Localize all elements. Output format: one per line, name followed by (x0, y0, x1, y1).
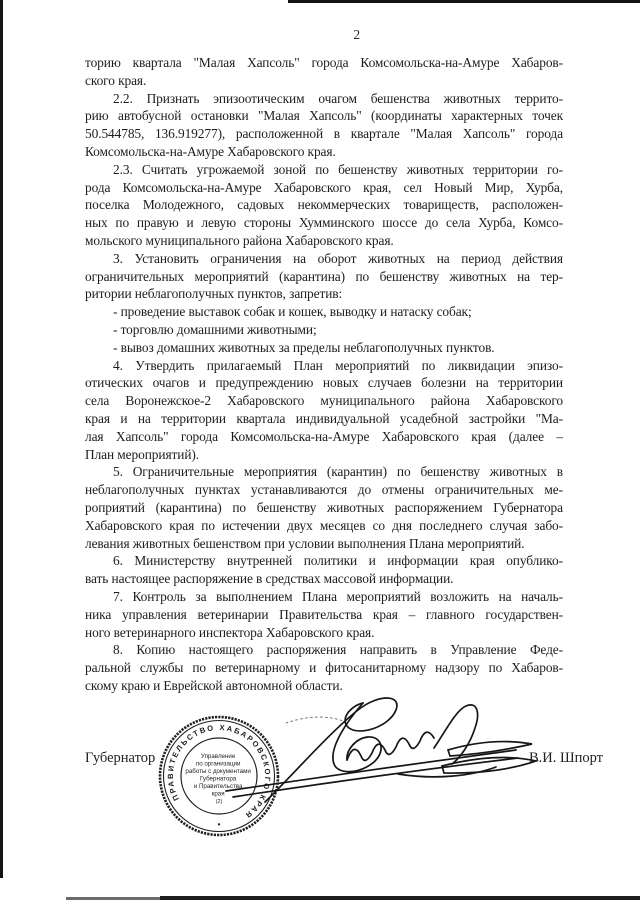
text-line: 7. Контроль за выполнением Плана меропри… (85, 588, 563, 606)
text-line: неблагополучных пунктах устанавливаются … (85, 481, 563, 499)
text-line: лая Хапсоль" города Комсомольска-на-Амур… (85, 428, 563, 446)
signature-scrawl-icon (230, 690, 570, 810)
text-line: села Воронежское-2 Хабаровского муниципа… (85, 392, 563, 410)
text-line: левания животных бешенством при условии … (85, 535, 563, 553)
scan-edge-top (288, 0, 640, 3)
text-line: ского края. (85, 72, 563, 90)
stamp-ring-dot: • (218, 820, 221, 829)
text-line: 6. Министерству внутренней политики и ин… (85, 552, 563, 570)
text-line: торию квартала "Малая Хапсоль" города Ко… (85, 54, 563, 72)
scan-edge-bottom (66, 897, 162, 900)
signatory-title: Губернатор (85, 750, 155, 767)
text-line: ограничительных мероприятий (карантина) … (85, 268, 563, 286)
text-line: 3. Установить ограничения на оборот живо… (85, 250, 563, 268)
text-line: мольского муниципального района Хабаровс… (85, 232, 563, 250)
text-line: Хабаровского края по истечении двух меся… (85, 517, 563, 535)
text-line: ного ветеринарного инспектора Хабаровско… (85, 624, 563, 642)
text-line: роприятий (карантина) по бешенству живот… (85, 499, 563, 517)
text-line: ника управления ветеринарии Правительств… (85, 606, 563, 624)
text-line: 2.3. Считать угрожаемой зоной по бешенст… (85, 161, 563, 179)
text-line: Комсомольска-на-Амуре Хабаровского края. (85, 143, 563, 161)
text-line: - торговлю домашними животными; (85, 321, 563, 339)
page-number: 2 (0, 27, 640, 43)
text-line: ных по правую и левую стороны Хумминског… (85, 214, 563, 232)
scan-edge-bottom (160, 896, 640, 900)
document-body: торию квартала "Малая Хапсоль" города Ко… (85, 54, 563, 695)
text-line: 4. Утвердить прилагаемый План мероприяти… (85, 357, 563, 375)
text-line: рию автобусной остановки "Малая Хапсоль"… (85, 107, 563, 125)
text-line: 8. Копию настоящего распоряжения направи… (85, 641, 563, 659)
text-line: вать настоящее распоряжение в средствах … (85, 570, 563, 588)
scan-edge-left (0, 0, 3, 878)
text-line: края и на территории квартала индивидуал… (85, 410, 563, 428)
text-line: поселка Молодежного, садовых некоммерчес… (85, 196, 563, 214)
text-line: ритории неблагополучных пунктов, запрети… (85, 285, 563, 303)
text-line: ральной службы по ветеринарному и фитоса… (85, 659, 563, 677)
text-line: - проведение выставок собак и кошек, выв… (85, 303, 563, 321)
text-line: 5. Ограничительные мероприятия (карантин… (85, 463, 563, 481)
text-line: 2.2. Признать эпизоотическим очагом беше… (85, 90, 563, 108)
text-line: отических очагов и предупреждению новых … (85, 374, 563, 392)
text-line: рода Комсомольска-на-Амуре Хабаровского … (85, 179, 563, 197)
document-page: 2 торию квартала "Малая Хапсоль" города … (0, 0, 640, 905)
text-line: - вывоз домашних животных за пределы неб… (85, 339, 563, 357)
text-line: План мероприятий). (85, 446, 563, 464)
text-line: 50.544785, 136.919277), расположенной в … (85, 125, 563, 143)
